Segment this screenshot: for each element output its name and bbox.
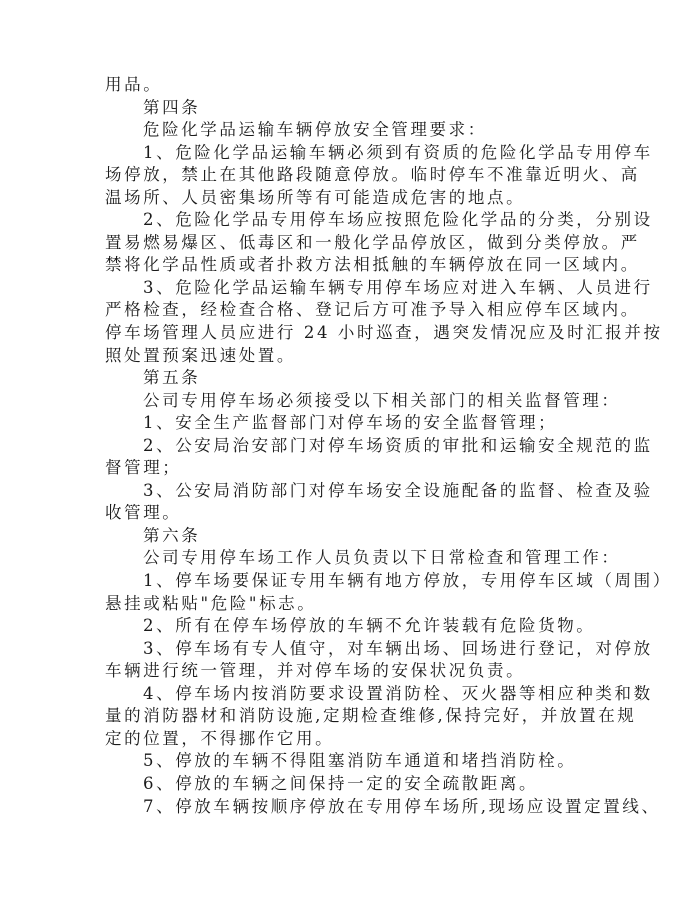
text-line: 温场所、人员密集场所等有可能造成危害的地点。: [105, 187, 600, 210]
text-line: 2、危险化学品专用停车场应按照危险化学品的分类，分别设: [105, 209, 600, 232]
text-line: 停车场管理人员应进行 24 小时巡查，遇突发情况应及时汇报并按: [105, 322, 600, 345]
article-heading: 第六条: [105, 525, 600, 548]
text-line: 危险化学品运输车辆停放安全管理要求：: [105, 119, 600, 142]
text-line: 5、停放的车辆不得阻塞消防车通道和堵挡消防栓。: [105, 750, 600, 773]
text-line: 督管理；: [105, 457, 600, 480]
article-heading: 第五条: [105, 367, 600, 390]
text-line: 公司专用停车场工作人员负责以下日常检查和管理工作：: [105, 547, 600, 570]
text-line: 车辆进行统一管理，并对停车场的安保状况负责。: [105, 660, 600, 683]
text-line: 严格检查，经检查合格、登记后方可准予导入相应停车区域内。: [105, 299, 600, 322]
text-line: 量的消防器材和消防设施,定期检查维修,保持完好，并放置在规: [105, 705, 600, 728]
text-line: 2、所有在停车场停放的车辆不允许装载有危险货物。: [105, 615, 600, 638]
text-line: 3、危险化学品运输车辆专用停车场应对进入车辆、人员进行: [105, 277, 600, 300]
text-line: 3、停车场有专人值守，对车辆出场、回场进行登记，对停放: [105, 638, 600, 661]
text-line: 1、危险化学品运输车辆必须到有资质的危险化学品专用停车: [105, 142, 600, 165]
text-line: 悬挂或粘贴"危险"标志。: [105, 593, 600, 616]
text-line: 用品。: [105, 74, 600, 97]
text-line: 1、停车场要保证专用车辆有地方停放，专用停车区域（周围）: [105, 570, 600, 593]
text-line: 1、安全生产监督部门对停车场的安全监督管理；: [105, 412, 600, 435]
text-line: 收管理。: [105, 502, 600, 525]
text-line: 6、停放的车辆之间保持一定的安全疏散距离。: [105, 773, 600, 796]
text-line: 定的位置，不得挪作它用。: [105, 728, 600, 751]
text-line: 7、停放车辆按顺序停放在专用停车场所,现场应设置定置线、: [105, 796, 600, 819]
document-page: 用品。 第四条 危险化学品运输车辆停放安全管理要求： 1、危险化学品运输车辆必须…: [105, 74, 600, 818]
text-line: 场停放，禁止在其他路段随意停放。临时停车不准靠近明火、高: [105, 164, 600, 187]
text-line: 4、停车场内按消防要求设置消防栓、灭火器等相应种类和数: [105, 683, 600, 706]
text-line: 公司专用停车场必须接受以下相关部门的相关监督管理：: [105, 390, 600, 413]
text-line: 禁将化学品性质或者扑救方法相抵触的车辆停放在同一区域内。: [105, 254, 600, 277]
article-heading: 第四条: [105, 97, 600, 120]
text-line: 照处置预案迅速处置。: [105, 345, 600, 368]
text-line: 置易燃易爆区、低毒区和一般化学品停放区，做到分类停放。严: [105, 232, 600, 255]
text-line: 3、公安局消防部门对停车场安全设施配备的监督、检查及验: [105, 480, 600, 503]
text-line: 2、公安局治安部门对停车场资质的审批和运输安全规范的监: [105, 435, 600, 458]
